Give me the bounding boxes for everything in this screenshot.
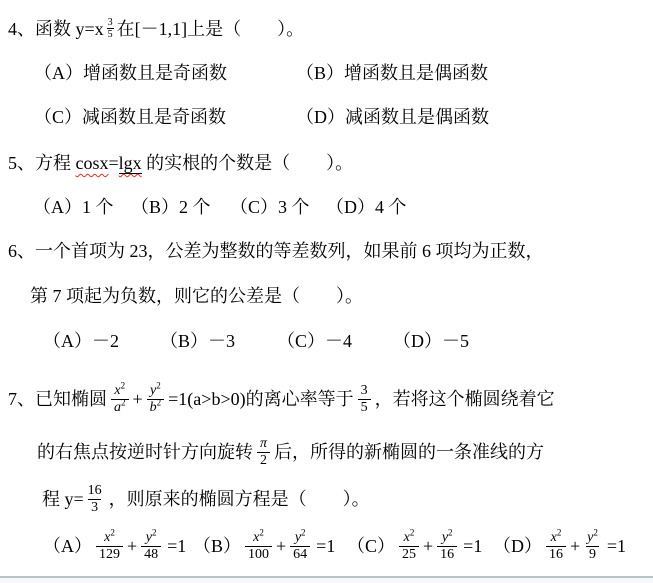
fraction-y: y2 64 (290, 530, 310, 562)
plus-sign: + (127, 535, 137, 558)
fraction-numerator: x2 (111, 383, 128, 399)
q7-stem3-post: ，则原来的椭圆方程是（ ）。 (109, 488, 370, 511)
fraction-y: y2 48 (141, 530, 161, 562)
fraction-x: x2 129 (96, 530, 123, 562)
fraction-eccentricity: 3 5 (358, 383, 371, 415)
question-6-stem-line2: 第 7 项起为负数，则它的公差是（ ）。 (30, 285, 363, 308)
misspelled-word-cosx: cosx (76, 153, 109, 173)
q6-line2-text: 第 7 项起为负数，则它的公差是（ ）。 (30, 286, 363, 306)
q6-option-a: （A）－2 (43, 330, 119, 353)
fraction-pi-2: π 2 (257, 436, 270, 468)
q4-option-a: （A）增函数且是奇函数 (34, 62, 227, 85)
fraction-denominator: 129 (96, 546, 123, 563)
q7-stem1-pre: 已知椭圆 (35, 388, 107, 411)
equals-one: =1 (316, 535, 335, 558)
q6-option-c: （C）－4 (277, 330, 352, 353)
q4-option-b: （B）增函数且是偶函数 (296, 62, 488, 85)
fraction-x: x2 100 (245, 530, 272, 562)
fraction-denominator: 3 (88, 499, 101, 516)
question-number: 4、 (8, 19, 35, 39)
exponent-fraction: 35 (107, 17, 114, 40)
fraction-numerator: 16 (85, 483, 105, 499)
question-number: 6、 (8, 241, 35, 261)
question-7-stem-line3: 程 y= 16 3 ，则原来的椭圆方程是（ ）。 (42, 478, 370, 520)
q5-option-d: （D）4 个 (326, 196, 407, 219)
q7-option-a: （A） x2 129 + y2 48 =1 (43, 530, 188, 562)
fraction-numerator: y2 (584, 530, 601, 546)
q7-option-c: （C） x2 25 + y2 16 =1 (347, 530, 484, 562)
q5-option-c: （C）3 个 (230, 196, 310, 219)
fraction-numerator: x2 (250, 530, 267, 546)
fraction-x: x2 16 (546, 530, 566, 562)
q7-stem2-post: 后，所得的新椭圆的一条准线的方 (274, 441, 544, 464)
q7-options-row: （A） x2 129 + y2 48 =1 （B） x2 100 + y2 64… (0, 530, 653, 576)
q6-line1-text: 一个首项为 23，公差为整数的等差数列，如果前 6 项均为正数， (35, 241, 544, 261)
misspelled-word-lgx: lgx (119, 153, 142, 174)
fraction-numerator: 3 (358, 383, 371, 399)
fraction-denominator: a2 (111, 399, 129, 416)
q7-stem3-pre: 程 y= (42, 488, 84, 511)
question-4-stem: 4、函数 y=x35在[－1,1]上是（ ）。 (8, 18, 304, 50)
fraction-directrix: 16 3 (85, 483, 105, 515)
question-6-stem-line1: 6、一个首项为 23，公差为整数的等差数列，如果前 6 项均为正数， (8, 240, 544, 263)
fraction-denominator: 25 (399, 546, 419, 563)
question-7-stem-line2: 的右焦点按逆时针方向旋转 π 2 后，所得的新椭圆的一条准线的方 (37, 430, 544, 474)
fraction-denominator: 64 (290, 546, 310, 563)
fraction-denominator: 2 (257, 452, 270, 469)
fraction-numerator: π (257, 436, 270, 452)
q4-option-d: （D）减函数且是偶函数 (296, 106, 489, 129)
q7-stem1-post: ，若将这个椭圆绕着它 (375, 388, 555, 411)
fraction-y2-b2: y2 b2 (147, 383, 165, 415)
q7-stem1-eq: =1(a>b>0)的离心率等于 (168, 388, 353, 411)
q6-option-d: （D）－5 (393, 330, 469, 353)
q4-stem-pre: 函数 y=x (35, 19, 104, 39)
fraction-denominator: 16 (437, 546, 457, 563)
plus-sign: + (133, 388, 143, 411)
q7-option-d: （D） x2 16 + y2 9 =1 (493, 530, 628, 562)
plus-sign: + (276, 535, 286, 558)
window-bottom-edge (0, 576, 653, 583)
equals-one: =1 (607, 535, 626, 558)
fraction-numerator: y2 (147, 383, 164, 399)
fraction-numerator: x2 (548, 530, 565, 546)
fraction-numerator: 3 (107, 17, 114, 28)
q7-option-b: （B） x2 100 + y2 64 =1 (193, 530, 337, 562)
question-number: 7、 (8, 388, 35, 411)
equals-one: =1 (167, 535, 186, 558)
fraction-x2-a2: x2 a2 (111, 383, 129, 415)
option-label: （C） (347, 535, 395, 558)
plus-sign: + (423, 535, 433, 558)
fraction-y: y2 9 (584, 530, 601, 562)
option-label: （D） (493, 535, 542, 558)
fraction-denominator: 100 (245, 546, 272, 563)
option-label: （B） (193, 535, 241, 558)
fraction-x: x2 25 (399, 530, 419, 562)
option-label: （A） (43, 535, 92, 558)
question-7-stem-line1: 7、已知椭圆 x2 a2 + y2 b2 =1(a>b>0)的离心率等于 3 5… (8, 376, 555, 422)
plus-sign: + (570, 535, 580, 558)
fraction-numerator: y2 (143, 530, 160, 546)
q5-stem-post: 的实根的个数是（ ）。 (142, 153, 354, 173)
q5-option-a: （A）1 个 (33, 196, 114, 219)
q4-stem-post: 在[－1,1]上是（ ）。 (117, 19, 305, 39)
fraction-denominator: 16 (546, 546, 566, 563)
q5-option-b: （B）2 个 (131, 196, 211, 219)
q6-option-b: （B）－3 (160, 330, 235, 353)
equals-sign: = (109, 153, 119, 173)
q4-option-c: （C）减函数且是奇函数 (34, 106, 226, 129)
question-5-stem: 5、方程 cosx=lgx 的实根的个数是（ ）。 (8, 152, 353, 175)
fraction-numerator: y2 (439, 530, 456, 546)
fraction-numerator: x2 (101, 530, 118, 546)
equals-one: =1 (463, 535, 482, 558)
fraction-denominator: 48 (141, 546, 161, 563)
fraction-denominator: b2 (147, 399, 165, 416)
fraction-denominator: 5 (107, 28, 114, 40)
fraction-numerator: y2 (292, 530, 309, 546)
question-number: 5、 (8, 153, 35, 173)
fraction-denominator: 9 (586, 546, 599, 563)
q7-stem2-pre: 的右焦点按逆时针方向旋转 (37, 441, 253, 464)
fraction-y: y2 16 (437, 530, 457, 562)
fraction-numerator: x2 (401, 530, 418, 546)
q5-stem-pre: 方程 (35, 153, 76, 173)
fraction-denominator: 5 (358, 399, 371, 416)
